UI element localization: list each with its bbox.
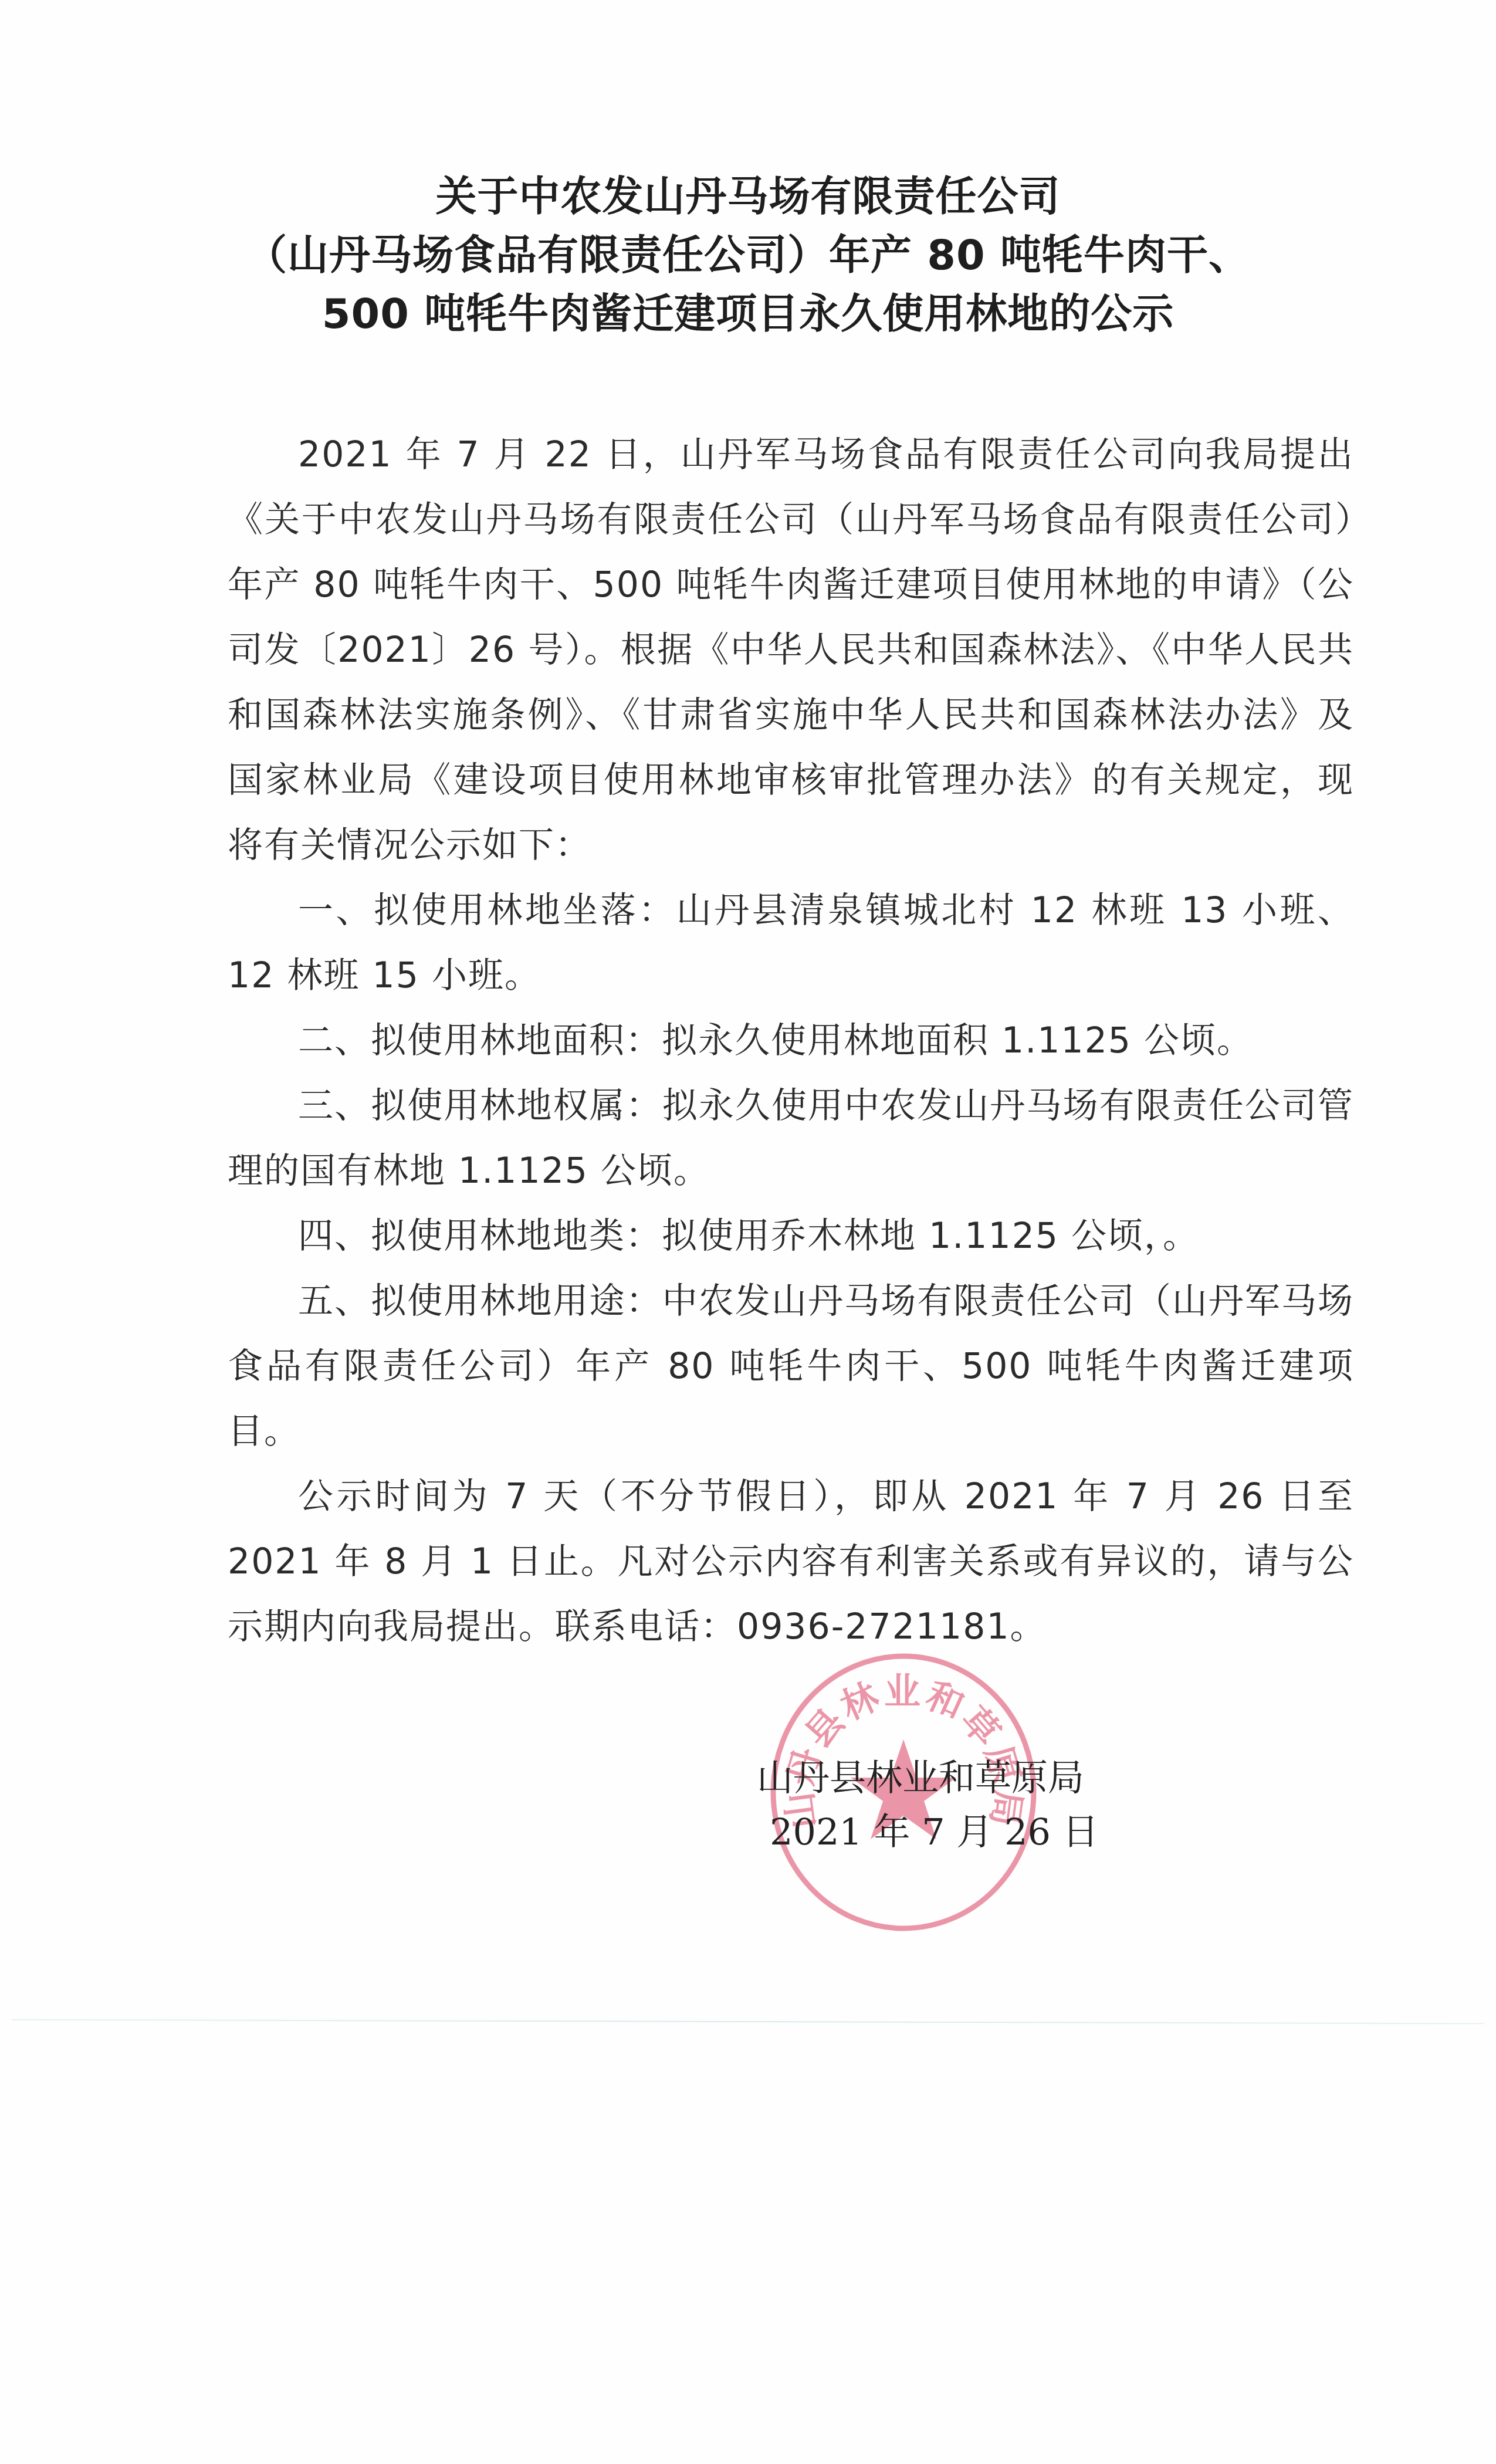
item-purpose: 五、拟使用林地用途：中农发山丹马场有限责任公司（山丹军马场食品有限责任公司）年产… [228, 1269, 1354, 1464]
item-land-type: 四、拟使用林地地类：拟使用乔木林地 1.1125 公顷，。 [228, 1204, 1354, 1269]
title-line-1: 关于中农发山丹马场有限责任公司 [0, 167, 1496, 226]
title-line-3: 500 吨牦牛肉酱迁建项目永久使用林地的公示 [0, 285, 1496, 343]
item-location: 一、拟使用林地坐落：山丹县清泉镇城北村 12 林班 13 小班、12 林班 15… [228, 878, 1354, 1008]
document-title: 关于中农发山丹马场有限责任公司 （山丹马场食品有限责任公司）年产 80 吨牦牛肉… [0, 167, 1496, 343]
title-line-2: （山丹马场食品有限责任公司）年产 80 吨牦牛肉干、 [0, 226, 1496, 285]
document-body: 2021 年 7 月 22 日，山丹军马场食品有限责任公司向我局提出《关于中农发… [228, 422, 1354, 1660]
item-ownership: 三、拟使用林地权属：拟永久使用中农发山丹马场有限责任公司管理的国有林地 1.11… [228, 1074, 1354, 1204]
issue-date: 2021 年 7 月 26 日 [757, 1805, 1099, 1859]
signature-block: 山丹县林业和草原局 2021 年 7 月 26 日 [757, 1751, 1099, 1859]
item-area: 二、拟使用林地面积：拟永久使用林地面积 1.1125 公顷。 [228, 1008, 1354, 1074]
scan-artifact-line [12, 2019, 1484, 2025]
document-page: 关于中农发山丹马场有限责任公司 （山丹马场食品有限责任公司）年产 80 吨牦牛肉… [0, 0, 1496, 2464]
issuing-organization: 山丹县林业和草原局 [757, 1751, 1099, 1805]
notice-period-paragraph: 公示时间为 7 天（不分节假日），即从 2021 年 7 月 26 日至 202… [228, 1464, 1354, 1660]
intro-paragraph: 2021 年 7 月 22 日，山丹军马场食品有限责任公司向我局提出《关于中农发… [228, 422, 1354, 878]
